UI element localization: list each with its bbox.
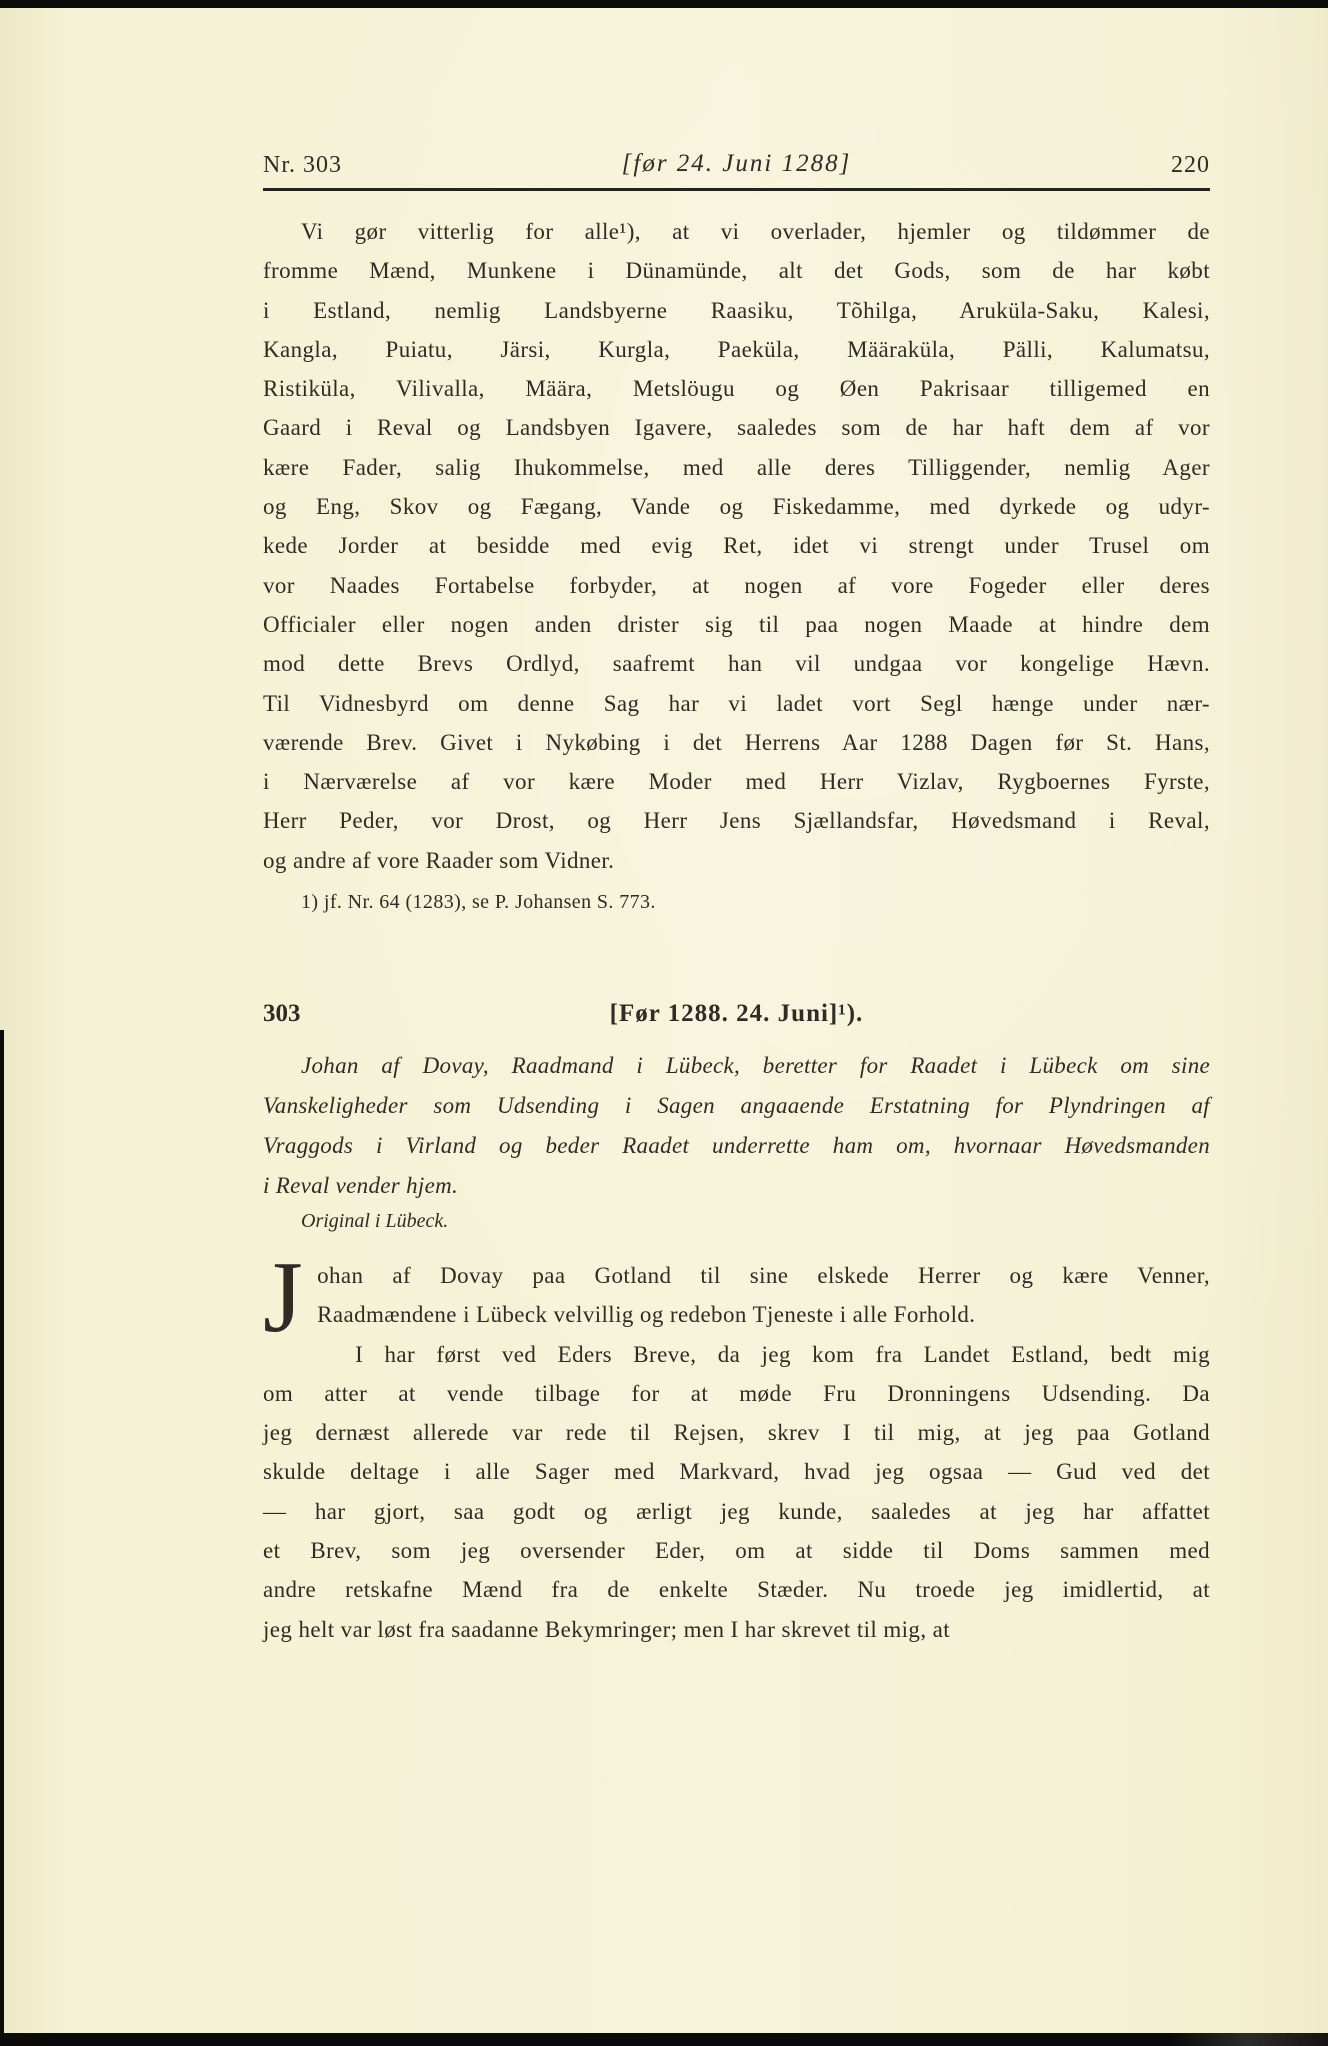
scan-edge-left — [0, 1030, 4, 2046]
text-line: andre retskafne Mænd fra de enkelte Stæd… — [263, 1570, 1210, 1609]
text-line: kede Jorder at besidde med evig Ret, ide… — [263, 526, 1210, 565]
text-line: i Reval vender hjem. — [263, 1166, 1210, 1206]
text-line: — har gjort, saa godt og ærligt jeg kund… — [263, 1492, 1210, 1531]
text-line: Herr Peder, vor Drost, og Herr Jens Sjæl… — [263, 801, 1210, 840]
document-303-paragraph-2: I har først ved Eders Breve, da jeg kom … — [263, 1335, 1210, 1649]
text-line: værende Brev. Givet i Nykøbing i det Her… — [263, 723, 1210, 762]
document-303-heading: 303 [Før 1288. 24. Juni]¹). — [263, 1000, 1210, 1034]
text-line: og andre af vore Raader som Vidner. — [263, 841, 1210, 880]
drop-cap-initial: J — [263, 1256, 317, 1338]
text-line: i Estland, nemlig Landsbyerne Raasiku, T… — [263, 291, 1210, 330]
text-line: Gaard i Reval og Landsbyen Igavere, saal… — [263, 408, 1210, 447]
document-303-date: [Før 1288. 24. Juni]¹). — [263, 1000, 1210, 1028]
header-page-number: 220 — [1171, 152, 1210, 179]
text-line: Vraggods i Virland og beder Raadet under… — [263, 1126, 1210, 1166]
text-line: kære Fader, salig Ihukommelse, med alle … — [263, 448, 1210, 487]
text-line: og Eng, Skov og Fægang, Vande og Fiskeda… — [263, 487, 1210, 526]
text-line: vor Naades Fortabelse forbyder, at nogen… — [263, 566, 1210, 605]
footnote: 1) jf. Nr. 64 (1283), se P. Johansen S. … — [263, 891, 1210, 914]
text-line: jeg helt var løst fra saadanne Bekymring… — [263, 1610, 1210, 1649]
text-column: Nr. 303 [før 24. Juni 1288] 220 Vi gør v… — [263, 0, 1210, 2046]
scanned-book-page: Nr. 303 [før 24. Juni 1288] 220 Vi gør v… — [0, 0, 1328, 2046]
text-line: i Nærværelse af vor kære Moder med Herr … — [263, 762, 1210, 801]
running-header: Nr. 303 [før 24. Juni 1288] 220 — [263, 150, 1210, 184]
text-line: skulde deltage i alle Sager med Markvard… — [263, 1452, 1210, 1491]
text-line: ohan af Dovay paa Gotland til sine elske… — [263, 1256, 1210, 1295]
text-line: Officialer eller nogen anden drister sig… — [263, 605, 1210, 644]
document-303-paragraph-1: ohan af Dovay paa Gotland til sine elske… — [263, 1256, 1210, 1335]
provenance-note: Original i Lübeck. — [263, 1210, 1210, 1233]
text-line: et Brev, som jeg oversender Eder, om at … — [263, 1531, 1210, 1570]
document-302-body: Vi gør vitterlig for alle¹), at vi overl… — [263, 212, 1210, 880]
text-line: Ristiküla, Vilivalla, Määra, Metslöugu o… — [263, 369, 1210, 408]
document-303-body: J ohan af Dovay paa Gotland til sine els… — [263, 1256, 1210, 1649]
text-line: jeg dernæst allerede var rede til Rejsen… — [263, 1413, 1210, 1452]
text-line: fromme Mænd, Munkene i Dünamünde, alt de… — [263, 251, 1210, 290]
header-date-range: [før 24. Juni 1288] — [263, 150, 1210, 178]
text-line: Raadmændene i Lübeck velvillig og redebo… — [263, 1295, 1210, 1334]
text-line: Vi gør vitterlig for alle¹), at vi overl… — [263, 212, 1210, 251]
text-line: Til Vidnesbyrd om denne Sag har vi ladet… — [263, 684, 1210, 723]
text-line: Johan af Dovay, Raadmand i Lübeck, beret… — [263, 1046, 1210, 1086]
text-line: mod dette Brevs Ordlyd, saafremt han vil… — [263, 644, 1210, 683]
text-line: I har først ved Eders Breve, da jeg kom … — [263, 1335, 1210, 1374]
text-line: om atter at vende tilbage for at møde Fr… — [263, 1374, 1210, 1413]
header-rule — [263, 188, 1210, 191]
document-303-summary: Johan af Dovay, Raadmand i Lübeck, beret… — [263, 1046, 1210, 1206]
text-line: Kangla, Puiatu, Järsi, Kurgla, Paeküla, … — [263, 330, 1210, 369]
text-line: Vanskeligheder som Udsending i Sagen ang… — [263, 1086, 1210, 1126]
